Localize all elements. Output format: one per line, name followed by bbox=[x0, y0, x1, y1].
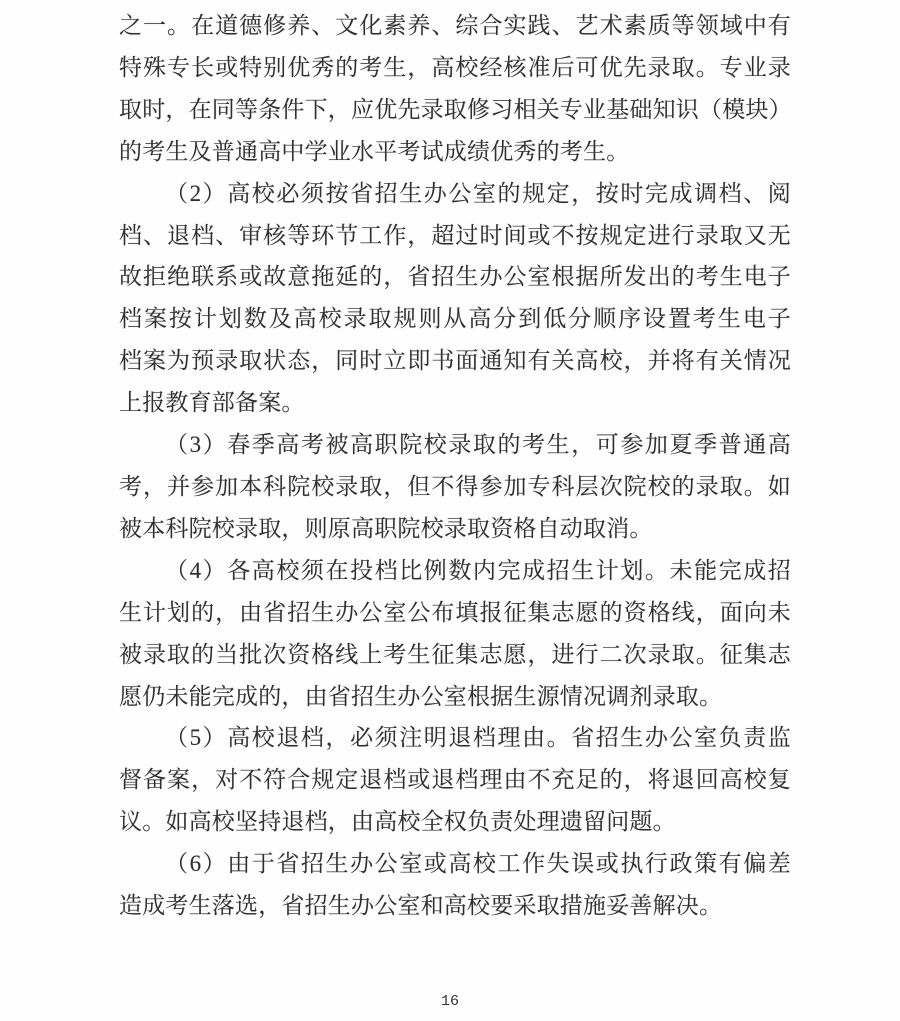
text-line: 被本科院校录取，则原高职院校录取资格自动取消。 bbox=[119, 508, 791, 550]
document-body: 之一。在道德修养、文化素养、综合实践、艺术素质等领域中有 特殊专长或特别优秀的考… bbox=[119, 5, 791, 927]
paragraph-item-3: （3）春季高考被高职院校录取的考生，可参加夏季普通高 考，并参加本科院校录取，但… bbox=[119, 424, 791, 550]
paragraph-item-2: （2）高校必须按省招生办公室的规定，按时完成调档、阅 档、退档、审核等环节工作，… bbox=[119, 173, 791, 424]
text-line: 特殊专长或特别优秀的考生，高校经核准后可优先录取。专业录 bbox=[119, 47, 791, 89]
text-line: 的考生及普通高中学业水平考试成绩优秀的考生。 bbox=[119, 131, 791, 173]
text-line: 考，并参加本科院校录取，但不得参加专科层次院校的录取。如 bbox=[119, 466, 791, 508]
text-line: （5）高校退档，必须注明退档理由。省招生办公室负责监 bbox=[119, 717, 791, 759]
text-line: 上报教育部备案。 bbox=[119, 382, 791, 424]
document-page: 之一。在道德修养、文化素养、综合实践、艺术素质等领域中有 特殊专长或特别优秀的考… bbox=[0, 0, 900, 1021]
text-line: 督备案，对不符合规定退档或退档理由不充足的，将退回高校复 bbox=[119, 759, 791, 801]
text-line: （3）春季高考被高职院校录取的考生，可参加夏季普通高 bbox=[119, 424, 791, 466]
text-line: 被录取的当批次资格线上考生征集志愿，进行二次录取。征集志 bbox=[119, 634, 791, 676]
paragraph-item-4: （4）各高校须在投档比例数内完成招生计划。未能完成招 生计划的，由省招生办公室公… bbox=[119, 550, 791, 718]
text-line: 档、退档、审核等环节工作，超过时间或不按规定进行录取又无 bbox=[119, 215, 791, 257]
text-line: 议。如高校坚持退档，由高校全权负责处理遗留问题。 bbox=[119, 801, 791, 843]
page-number: 16 bbox=[0, 993, 900, 1010]
text-line: 生计划的，由省招生办公室公布填报征集志愿的资格线，面向未 bbox=[119, 592, 791, 634]
text-line: （4）各高校须在投档比例数内完成招生计划。未能完成招 bbox=[119, 550, 791, 592]
paragraph-continuation: 之一。在道德修养、文化素养、综合实践、艺术素质等领域中有 特殊专长或特别优秀的考… bbox=[119, 5, 791, 173]
paragraph-item-6: （6）由于省招生办公室或高校工作失误或执行政策有偏差 造成考生落选，省招生办公室… bbox=[119, 843, 791, 927]
text-line: （2）高校必须按省招生办公室的规定，按时完成调档、阅 bbox=[119, 173, 791, 215]
text-line: 故拒绝联系或故意拖延的，省招生办公室根据所发出的考生电子 bbox=[119, 256, 791, 298]
text-line: 愿仍未能完成的，由省招生办公室根据生源情况调剂录取。 bbox=[119, 676, 791, 718]
paragraph-item-5: （5）高校退档，必须注明退档理由。省招生办公室负责监 督备案，对不符合规定退档或… bbox=[119, 717, 791, 843]
text-line: 造成考生落选，省招生办公室和高校要采取措施妥善解决。 bbox=[119, 885, 791, 927]
text-line: 取时，在同等条件下，应优先录取修习相关专业基础知识（模块） bbox=[119, 89, 791, 131]
text-line: 档案为预录取状态，同时立即书面通知有关高校，并将有关情况 bbox=[119, 340, 791, 382]
text-line: （6）由于省招生办公室或高校工作失误或执行政策有偏差 bbox=[119, 843, 791, 885]
text-line: 之一。在道德修养、文化素养、综合实践、艺术素质等领域中有 bbox=[119, 5, 791, 47]
text-line: 档案按计划数及高校录取规则从高分到低分顺序设置考生电子 bbox=[119, 298, 791, 340]
